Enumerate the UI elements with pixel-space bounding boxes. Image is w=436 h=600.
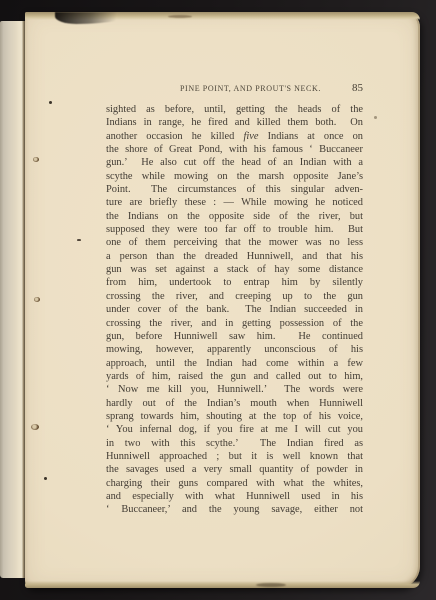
- text-line: under cover of the bank. The Indian succ…: [106, 303, 363, 316]
- text-line: gun, before Hunniwell saw him. He contin…: [106, 330, 363, 343]
- ink-speck: [44, 477, 47, 480]
- text-line: a person than the dreaded Hunniwell, and…: [106, 250, 363, 263]
- bottom-edge-smudge: [256, 583, 286, 587]
- text-line: gun.’ He also cut off the head of an Ind…: [106, 156, 363, 169]
- text-line: ‘ Buccaneer,’ and the young savage, eith…: [106, 503, 363, 516]
- wormhole-speck: [34, 297, 40, 302]
- page-bottom-edge: [25, 581, 420, 588]
- text-line: Indians in range, he fired and killed th…: [106, 116, 363, 129]
- text-line: crossing the river, and in getting posse…: [106, 317, 363, 330]
- text-line: Hunniwell approached ; but it is well kn…: [106, 450, 363, 463]
- ink-speck: [49, 101, 52, 104]
- body-text: sighted as before, until, getting the he…: [106, 103, 363, 517]
- text-line: another occasion he killed five Indians …: [106, 130, 363, 143]
- page-number: 85: [352, 82, 363, 94]
- text-line: gun was set against a stack of hay some …: [106, 263, 363, 276]
- text-line: yards of him, raised the gun and called …: [106, 370, 363, 383]
- text-line: the savages used a very small quantity o…: [106, 463, 363, 476]
- text-line: from him, undertook to entrap him by sil…: [106, 276, 363, 289]
- photo-background: { "page": { "header": { "title": "PINE P…: [0, 0, 436, 600]
- running-header-title: PINE POINT, AND PROUT'S NECK.: [180, 84, 321, 93]
- ink-speck: [374, 116, 377, 119]
- text-line: in two with this scythe.’ The Indian fir…: [106, 437, 363, 450]
- text-line: crossing the river, and creeping up to t…: [106, 290, 363, 303]
- running-header: PINE POINT, AND PROUT'S NECK. 85: [106, 82, 363, 95]
- text-line: one of them perceiving that the mower wa…: [106, 236, 363, 249]
- text-line: sighted as before, until, getting the he…: [106, 103, 363, 116]
- wormhole-speck: [31, 424, 39, 430]
- wormhole-speck: [33, 157, 39, 162]
- text-line: mowing, however, apparently unconscious …: [106, 343, 363, 356]
- book-photo: PINE POINT, AND PROUT'S NECK. 85 sighted…: [0, 0, 436, 600]
- text-line: approach, until the Indian had come with…: [106, 357, 363, 370]
- text-line: sprang towards him, shouting at the top …: [106, 410, 363, 423]
- text-line: the shore of Great Pond, with his famous…: [106, 143, 363, 156]
- text-line: ‘ You infernal dog, if you fire at me I …: [106, 423, 363, 436]
- text-line: charging their guns compared with what t…: [106, 477, 363, 490]
- text-line: ‘ Now me kill you, Hunniwell.’ The words…: [106, 383, 363, 396]
- text-line: scythe while mowing on the marsh opposit…: [106, 170, 363, 183]
- page-edge-stack: [0, 21, 26, 578]
- ink-speck: [77, 239, 81, 241]
- text-line: supposed they were too far off to troubl…: [106, 223, 363, 236]
- page-content: PINE POINT, AND PROUT'S NECK. 85 sighted…: [106, 12, 363, 517]
- text-line: ture are briefly these : — While mowing …: [106, 196, 363, 209]
- text-line: the Indians on the opposite side of the …: [106, 210, 363, 223]
- text-line: Point. The circumstances of this singula…: [106, 183, 363, 196]
- book-page: PINE POINT, AND PROUT'S NECK. 85 sighted…: [25, 12, 420, 588]
- text-line: and especially with what Hunniwell used …: [106, 490, 363, 503]
- text-line: hardly out of the Indian’s mouth when Hu…: [106, 397, 363, 410]
